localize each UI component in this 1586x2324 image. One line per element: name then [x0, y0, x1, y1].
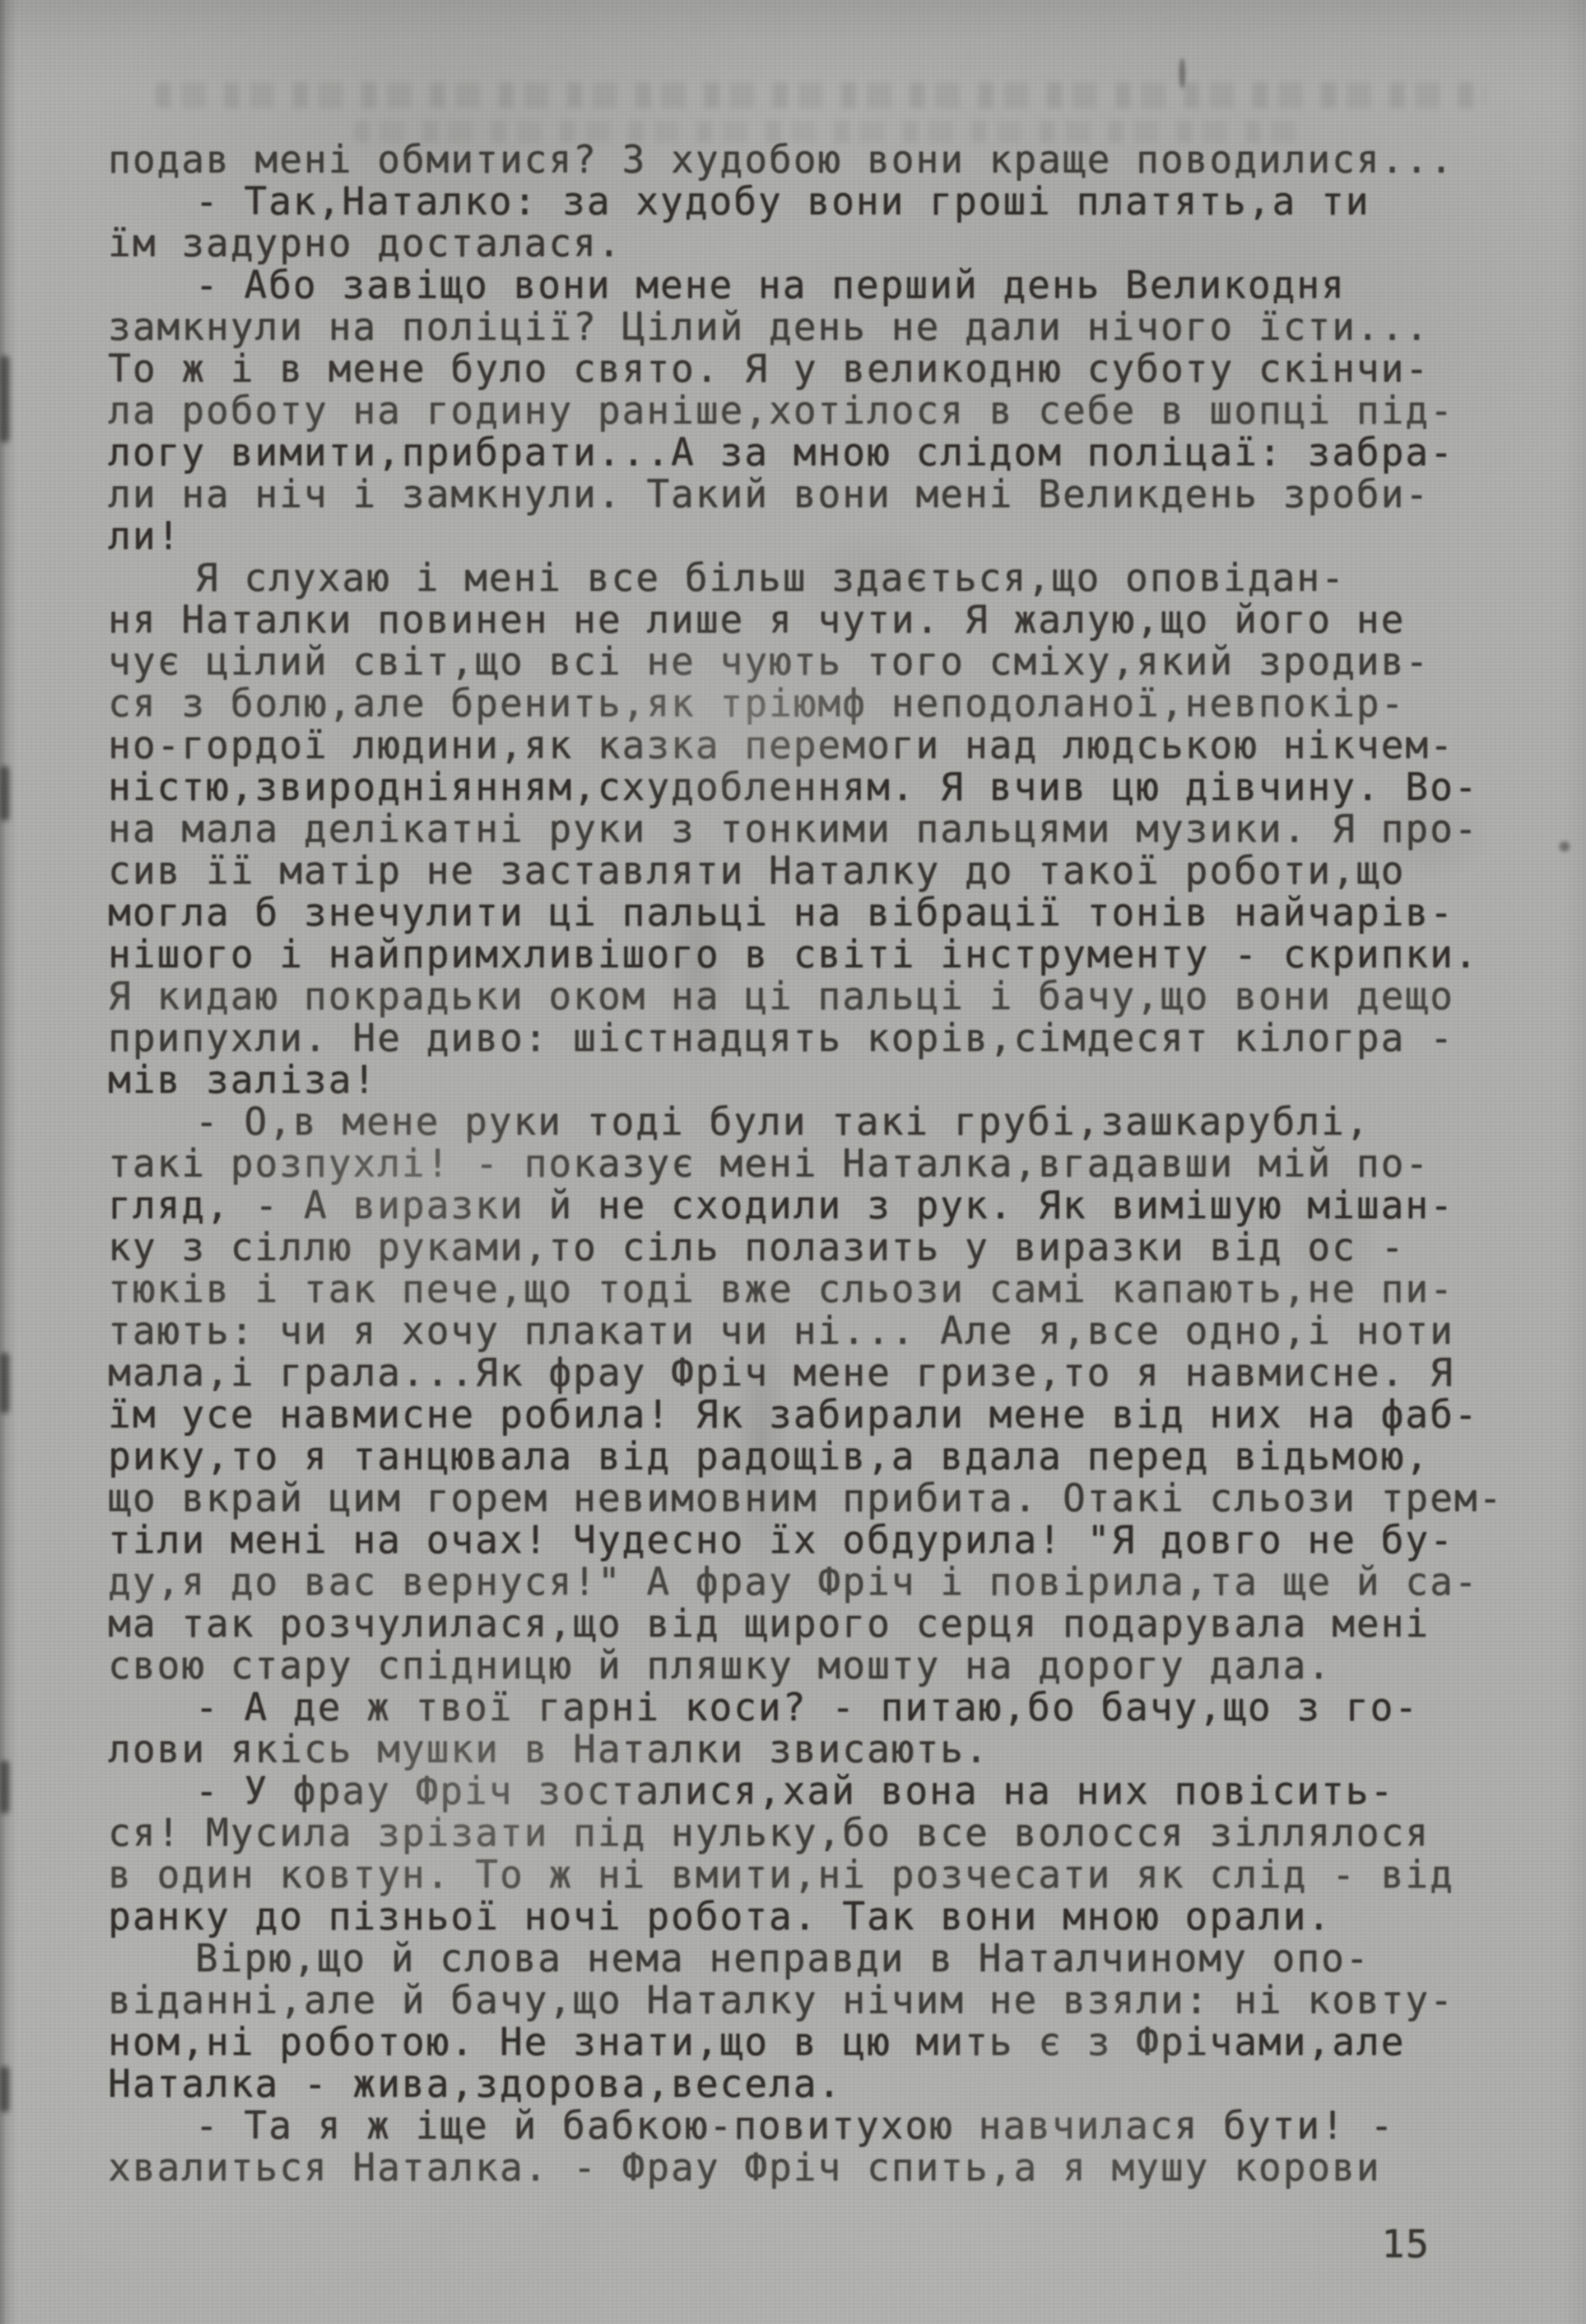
text-line: в один ковтун. То ж ні вмити,ні розчесат… — [108, 1855, 1502, 1896]
text-line: ся з болю,але бренить,як тріюмф неподола… — [108, 683, 1502, 725]
bleed-through-ghost-line — [156, 83, 1486, 108]
text-line: сив її матір не заставляти Наталку до та… — [108, 851, 1502, 892]
text-line: ма так розчулилася,що від щирого серця п… — [108, 1604, 1502, 1645]
ink-speck — [1179, 58, 1185, 88]
edge-smudge — [0, 1760, 9, 1814]
text-line: - О,в мене руки тоді були такі грубі,заш… — [108, 1102, 1502, 1143]
text-line: - Та я ж іще й бабкою-повитухою навчилас… — [108, 2106, 1502, 2147]
text-line: но-гордої людини,як казка перемоги над л… — [108, 725, 1502, 767]
edge-smudge — [0, 356, 9, 443]
text-line: Наталка - жива,здорова,весела. — [108, 2064, 1502, 2106]
text-line: - Так,Наталко: за худобу вони гроші плат… — [108, 181, 1502, 223]
text-line: такі розпухлі! - показує мені Наталка,вг… — [108, 1143, 1502, 1185]
text-line: - У фрау Фріч зосталися,хай вона на них … — [108, 1771, 1502, 1813]
page-number: 15 — [1382, 2222, 1430, 2266]
text-line: замкнули на поліції? Цілий день не дали … — [108, 307, 1502, 349]
text-line: Вірю,що й слова нема неправди в Наталчин… — [108, 1938, 1502, 1980]
text-line: їм усе навмисне робила! Як забирали мене… — [108, 1394, 1502, 1436]
text-line: тіли мені на очах! Чудесно їх обдурила! … — [108, 1520, 1502, 1562]
text-line: ся! Мусила зрізати під нульку,бо все вол… — [108, 1813, 1502, 1855]
text-line: Я слухаю і мені все більш здається,що оп… — [108, 558, 1502, 600]
text-line: тюків і так пече,що тоді вже сльози самі… — [108, 1269, 1502, 1311]
text-line: То ж і в мене було свято. Я у великодню … — [108, 349, 1502, 390]
text-line: ла роботу на годину раніше,хотілося в се… — [108, 390, 1502, 432]
text-line: віданні,але й бачу,що Наталку нічим не в… — [108, 1980, 1502, 2022]
text-line: їм задурно досталася. — [108, 223, 1502, 265]
text-line: лови якісь мушки в Наталки звисають. — [108, 1729, 1502, 1771]
text-line: припухли. Не диво: шістнадцять корів,сім… — [108, 1018, 1502, 1060]
text-line: гляд, - А виразки й не сходили з рук. Як… — [108, 1185, 1502, 1227]
text-line: - А де ж твої гарні коси? - питаю,бо бач… — [108, 1687, 1502, 1729]
text-line: ли на ніч і замкнули. Такий вони мені Ве… — [108, 474, 1502, 516]
text-line: чує цілий світ,що всі не чують того сміх… — [108, 641, 1502, 683]
edge-smudge — [0, 766, 9, 821]
text-line: ду,я до вас вернуся!" А фрау Фріч і пові… — [108, 1562, 1502, 1604]
scanned-page: подав мені обмитися? З худобою вони кращ… — [0, 0, 1586, 2324]
text-line: нішого і найпримхливішого в світі інстру… — [108, 934, 1502, 976]
text-line: ністю,звиродніянням,схудобленням. Я вчив… — [108, 767, 1502, 809]
text-line: хвалиться Наталка. - Фрау Фріч спить,а я… — [108, 2147, 1502, 2189]
text-line: мала,і грала...Як фрау Фріч мене гризе,т… — [108, 1353, 1502, 1394]
text-line: на мала делікатні руки з тонкими пальцям… — [108, 809, 1502, 851]
text-line: ли! — [108, 516, 1502, 558]
text-line: Я кидаю покрадьки оком на ці пальці і ба… — [108, 976, 1502, 1018]
text-line: подав мені обмитися? З худобою вони кращ… — [108, 139, 1502, 181]
text-line: тають: чи я хочу плакати чи ні... Але я,… — [108, 1311, 1502, 1353]
text-line: - Або завіщо вони мене на перший день Ве… — [108, 265, 1502, 307]
ink-speck — [1559, 841, 1570, 852]
text-line: ном,ні роботою. Не знати,що в цю мить є … — [108, 2022, 1502, 2064]
text-line: рику,то я танцювала від радощів,а вдала … — [108, 1436, 1502, 1478]
edge-smudge — [0, 2066, 9, 2113]
typewritten-text-block: подав мені обмитися? З худобою вони кращ… — [108, 139, 1502, 2189]
text-line: мів заліза! — [108, 1060, 1502, 1102]
text-line: ку з сіллю руками,то сіль полазить у вир… — [108, 1227, 1502, 1269]
text-line: ранку до пізньої ночі робота. Так вони м… — [108, 1896, 1502, 1938]
text-line: могла б знечулити ці пальці на вібрації … — [108, 892, 1502, 934]
text-line: свою стару спідницю й пляшку мошту на до… — [108, 1645, 1502, 1687]
text-line: що вкрай цим горем невимовним прибита. О… — [108, 1478, 1502, 1520]
edge-smudge — [0, 1353, 9, 1414]
text-line: логу вимити,прибрати...А за мною слідом … — [108, 432, 1502, 474]
text-line: ня Наталки повинен не лише я чути. Я жал… — [108, 600, 1502, 641]
